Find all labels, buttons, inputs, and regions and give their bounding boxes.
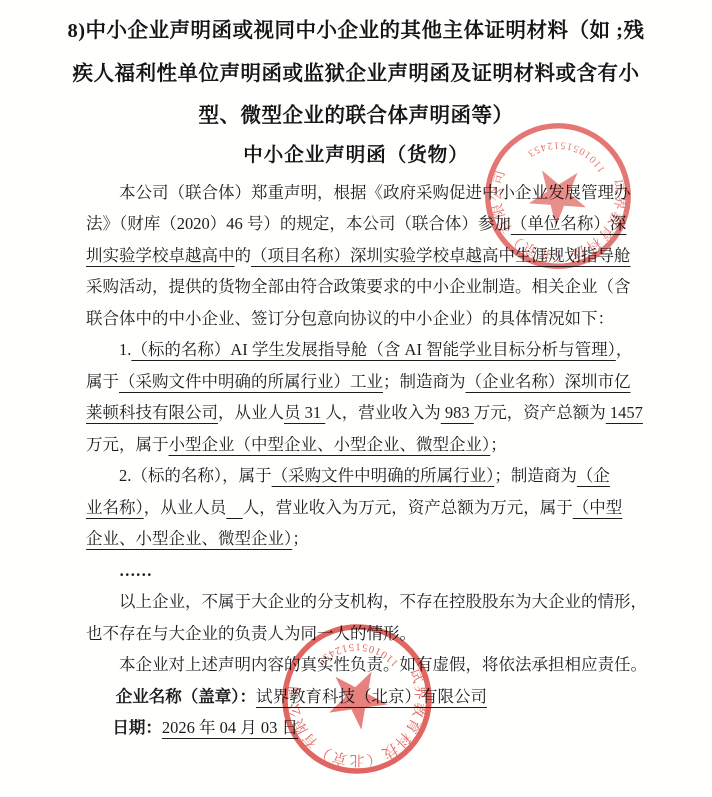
filled-blank: 莱顿科技有限公司 [86, 403, 218, 422]
text-segment: 万元，资产总额为 [474, 403, 606, 422]
document-title: 中小企业声明函（货物） [0, 141, 712, 171]
text-segment: 1. [119, 340, 131, 359]
text-line: 联合体中的中小企业、签订分包意向协议的中小企业）的具体情况如下： [86, 303, 664, 335]
text-line: 圳实验学校卓越高中的（项目名称）深圳实验学校卓越高中生涯规划指导舱 [86, 240, 664, 272]
text-segment: 的 [235, 246, 252, 265]
text-line: 1.（标的名称）AI 学生发展指导舱（含 AI 智能学业目标分析与管理）， [86, 334, 664, 366]
text-segment: 2.（标的名称），属于 [119, 466, 272, 485]
text-segment: ；制造商为 [383, 372, 466, 391]
text-segment: ，从业人员 [144, 498, 227, 517]
text-line: 本公司（联合体）郑重声明，根据《政府采购促进中小企业发展管理办 [86, 177, 664, 209]
filled-blank: 圳实验学校卓越高中 [86, 246, 235, 265]
heading-line: 8)中小企业声明函或视同中小企业的其他主体证明材料（如 ;残 [0, 10, 712, 53]
text-segment: 人，营业收入为万元，资产总额为万元，属于 [243, 498, 573, 517]
text-segment: ； [292, 529, 309, 548]
text-segment: ； [490, 435, 507, 454]
text-line: 日期：2026 年 04 月 03 日 [86, 712, 664, 744]
text-segment: 属于 [86, 372, 119, 391]
text-segment: 日期： [112, 718, 162, 737]
text-segment: 以上企业，不属于大企业的分支机构，不存在控股股东为大企业的情形， [119, 592, 647, 611]
filled-blank: 983 [441, 403, 474, 422]
text-segment: 人，营业收入为 [325, 403, 441, 422]
filled-blank: 2026 年 04 月 03 日 [162, 718, 298, 737]
filled-blank: 企业、小型企业、微型企业） [86, 529, 292, 548]
text-line: 法》（财库（2020）46 号）的规定，本公司（联合体）参加（单位名称）深 [86, 208, 664, 240]
text-line: 企业、小型企业、微型企业）； [86, 523, 664, 555]
filled-blank: （企业名称）深圳市亿 [466, 372, 631, 391]
text-line: 万元，属于小型企业（中型企业、小型企业、微型企业）； [86, 429, 664, 461]
heading-line: 疾人福利性单位声明函或监狱企业声明函及证明材料或含有小 [0, 53, 712, 96]
text-segment: 法》（财库（2020）46 号）的规定，本公司（联合体）参加 [86, 214, 511, 233]
text-line: 莱顿科技有限公司，从业人员 31 人，营业收入为 983 万元，资产总额为 14… [86, 397, 664, 429]
text-line: 2.（标的名称），属于（采购文件中明确的所属行业）；制造商为（企 [86, 460, 664, 492]
text-segment: ；制造商为 [494, 466, 577, 485]
filled-blank: 业名称） [86, 498, 144, 517]
filled-blank: 1457 [606, 403, 643, 422]
scanned-declaration-document: 8)中小企业声明函或视同中小企业的其他主体证明材料（如 ;残疾人福利性单位声明函… [0, 0, 712, 797]
filled-blank: 小型企业（中型企业、小型企业、微型企业） [169, 435, 491, 454]
text-segment: 本公司（联合体）郑重声明，根据《政府采购促进中小企业发展管理办 [119, 183, 631, 202]
text-segment: ，从业人 [218, 403, 284, 422]
text-line: 以上企业，不属于大企业的分支机构，不存在控股股东为大企业的情形， [86, 586, 664, 618]
text-segment: …… [119, 561, 152, 580]
heading-line: 型、微型企业的联合体声明函等） [0, 95, 712, 138]
text-segment: 也不存在与大企业的负责人为同一人的情形。 [86, 624, 416, 643]
text-line: 企业名称（盖章）：试界教育科技（北京）有限公司 [86, 681, 664, 713]
filled-blank: （企 [577, 466, 610, 485]
filled-blank: （单位名称）深 [511, 214, 627, 233]
filled-blank: （采购文件中明确的所属行业）工业 [119, 372, 383, 391]
filled-blank: （采购文件中明确的所属行业） [272, 466, 495, 485]
filled-blank: 员 31 [284, 403, 325, 422]
attachment-heading: 8)中小企业声明函或视同中小企业的其他主体证明材料（如 ;残疾人福利性单位声明函… [0, 0, 712, 138]
text-segment: 万元，属于 [86, 435, 169, 454]
text-line: 本企业对上述声明内容的真实性负责。如有虚假，将依法承担相应责任。 [86, 649, 664, 681]
filled-blank [226, 498, 243, 517]
text-segment: 本企业对上述声明内容的真实性负责。如有虚假，将依法承担相应责任。 [119, 655, 647, 674]
filled-blank: （中型 [573, 498, 623, 517]
text-segment: 联合体中的中小企业、签订分包意向协议的中小企业）的具体情况如下： [86, 309, 614, 328]
text-line: 属于（采购文件中明确的所属行业）工业；制造商为（企业名称）深圳市亿 [86, 366, 664, 398]
text-line: 业名称），从业人员 人，营业收入为万元，资产总额为万元，属于（中型 [86, 492, 664, 524]
filled-blank: （项目名称）深圳实验学校卓越高中生涯规划指导舱 [251, 246, 631, 265]
text-line: 也不存在与大企业的负责人为同一人的情形。 [86, 618, 664, 650]
document-body: 本公司（联合体）郑重声明，根据《政府采购促进中小企业发展管理办法》（财库（202… [86, 177, 664, 744]
text-line: 采购活动，提供的货物全部由符合政策要求的中小企业制造。相关企业（含 [86, 271, 664, 303]
text-segment: ， [616, 340, 633, 359]
text-segment: 采购活动，提供的货物全部由符合政策要求的中小企业制造。相关企业（含 [86, 277, 631, 296]
filled-blank: （标的名称）AI 学生发展指导舱（含 AI 智能学业目标分析与管理） [131, 340, 615, 359]
filled-blank: 试界教育科技（北京）有限公司 [256, 687, 487, 706]
text-line: …… [86, 555, 664, 587]
text-segment: 企业名称（盖章）： [116, 687, 256, 706]
